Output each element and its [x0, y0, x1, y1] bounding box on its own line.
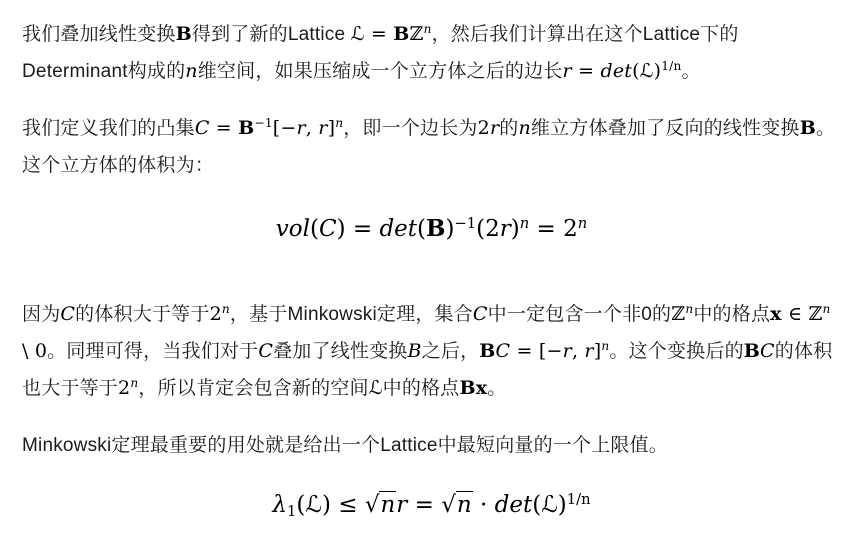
math-segment: λ [272, 492, 287, 518]
text-segment: 的 [499, 118, 518, 139]
math-segment: 1 [287, 503, 296, 520]
math-segment: ( [296, 492, 305, 518]
paragraph-shortest-vector-use: Minkowski定理最重要的用处就是给出一个Lattice中最短向量的一个上限… [22, 428, 841, 463]
text-segment: 我们定义我们的凸集 [22, 118, 195, 139]
text-segment: 。 [487, 378, 506, 399]
math-segment: C [760, 340, 775, 362]
math-segment: n [823, 302, 831, 316]
math-segment: B [238, 117, 254, 139]
math-segment: 1/n [567, 491, 591, 508]
math-segment: r [297, 117, 306, 139]
math-segment: r [584, 340, 593, 362]
math-segment: = [407, 492, 441, 518]
math-segment: ( [632, 60, 640, 82]
math-segment: C [60, 303, 75, 325]
math-segment: ) ≤ [322, 492, 365, 518]
text-segment: ，基于Minkowski定理，集合 [230, 304, 473, 325]
text-segment: 之后， [422, 341, 480, 362]
math-segment: −1 [254, 116, 272, 130]
paragraph-convex-set-definition: 我们定义我们的凸集C = B−1[−r, r]n，即一个边长为2r的n维立方体叠… [22, 111, 841, 183]
math-segment: r [396, 492, 407, 518]
text-segment: 得到了新的Lattice [192, 24, 351, 45]
math-segment: −1 [454, 215, 476, 232]
math-segment: ) = [337, 216, 380, 242]
math-segment: ℤ [671, 303, 685, 325]
math-segment: n [424, 22, 432, 36]
math-segment: x [770, 303, 782, 325]
math-segment: (2 [476, 216, 500, 242]
text-segment: 。同理可得，当我们对于 [47, 341, 258, 362]
math-segment: · [473, 492, 495, 518]
math-segment: √ [365, 492, 380, 518]
text-segment: 我们叠加线性变换 [22, 24, 176, 45]
math-segment: n [379, 491, 396, 518]
math-segment: B [426, 215, 445, 242]
text-segment: 。 [682, 61, 701, 82]
math-segment: n [601, 339, 609, 353]
math-segment: 2 [210, 303, 222, 325]
math-segment: n [185, 60, 197, 82]
math-segment: r [563, 60, 572, 82]
math-segment: n [222, 302, 230, 316]
math-segment: ( [310, 216, 319, 242]
math-segment: 2 [478, 117, 490, 139]
math-segment: ℒ [640, 60, 654, 82]
math-segment: B [408, 340, 422, 362]
math-segment: n [518, 117, 530, 139]
math-segment: ℒ [305, 492, 322, 518]
math-segment: B [479, 340, 495, 362]
math-segment: B [800, 117, 816, 139]
math-segment: , [306, 117, 318, 139]
math-segment: = [210, 117, 239, 139]
math-segment: r [563, 340, 572, 362]
math-segment: ℒ [369, 377, 383, 399]
math-segment: = [365, 23, 394, 45]
math-segment: [− [273, 117, 297, 139]
text-segment: 中的格点 [383, 378, 460, 399]
math-segment: ∈ [782, 303, 809, 325]
math-segment: C [258, 340, 273, 362]
math-segment: n [130, 376, 138, 390]
math-segment: √ [441, 492, 456, 518]
math-segment: det [379, 216, 417, 242]
math-segment: C [319, 216, 337, 242]
text-segment: 叠加了线性变换 [273, 341, 407, 362]
math-segment: 2 [118, 377, 130, 399]
text-segment: 中一定包含一个非0的 [488, 304, 672, 325]
math-segment: C [496, 340, 511, 362]
math-segment: B [176, 23, 192, 45]
math-segment: B [744, 340, 760, 362]
math-segment: det [600, 60, 632, 82]
math-segment: r [318, 117, 327, 139]
math-segment: ℒ [541, 492, 558, 518]
formula-volume-of-c: vol(C) = det(B)−1(2r)n = 2n [22, 211, 841, 249]
article-page: 我们叠加线性变换B得到了新的Lattice ℒ = Bℤn，然后我们计算出在这个… [0, 0, 863, 542]
math-segment: \ 0 [22, 340, 47, 362]
math-segment: n [578, 215, 587, 232]
text-segment: 因为 [22, 304, 60, 325]
math-segment: ℒ [351, 23, 365, 45]
math-segment: 1/n [661, 59, 681, 73]
math-segment: ( [532, 492, 541, 518]
text-segment: 中的格点 [693, 304, 770, 325]
math-segment: r [500, 216, 511, 242]
math-segment: det [495, 492, 533, 518]
text-segment: 维立方体叠加了反向的线性变换 [531, 118, 800, 139]
math-segment: C [195, 117, 210, 139]
math-segment: = [572, 60, 601, 82]
math-segment: ( [417, 216, 426, 242]
text-segment: ，所以肯定会包含新的空间 [138, 378, 368, 399]
text-segment: 。这个变换后的 [609, 341, 743, 362]
formula-lambda1-upper-bound: λ1(ℒ) ≤ √nr = √n · det(ℒ)1/n [22, 487, 841, 525]
math-segment: ) [558, 492, 567, 518]
text-segment: 的体积大于等于 [75, 304, 209, 325]
math-segment: B [393, 23, 409, 45]
math-segment: r [490, 117, 499, 139]
math-segment: C [473, 303, 488, 325]
math-segment: ) [511, 216, 520, 242]
math-segment: n [456, 491, 473, 518]
text-segment: ，即一个边长为 [343, 118, 477, 139]
math-segment: n [335, 116, 343, 130]
math-segment: n [685, 302, 693, 316]
math-segment: vol [276, 216, 310, 242]
math-segment: ℤ [410, 23, 424, 45]
math-segment: = [− [510, 340, 562, 362]
paragraph-minkowski-argument: 因为C的体积大于等于2n，基于Minkowski定理，集合C中一定包含一个非0的… [22, 297, 841, 408]
math-segment: n [520, 215, 529, 232]
math-segment: ℤ [808, 303, 822, 325]
text-segment: 维空间，如果压缩成一个立方体之后的边长 [198, 61, 563, 82]
math-segment: = 2 [529, 216, 578, 242]
paragraph-lattice-determinant: 我们叠加线性变换B得到了新的Lattice ℒ = Bℤn，然后我们计算出在这个… [22, 17, 841, 91]
math-segment: Bx [459, 377, 487, 399]
math-segment: , [572, 340, 584, 362]
text-segment: Minkowski定理最重要的用处就是给出一个Lattice中最短向量的一个上限… [22, 435, 668, 456]
